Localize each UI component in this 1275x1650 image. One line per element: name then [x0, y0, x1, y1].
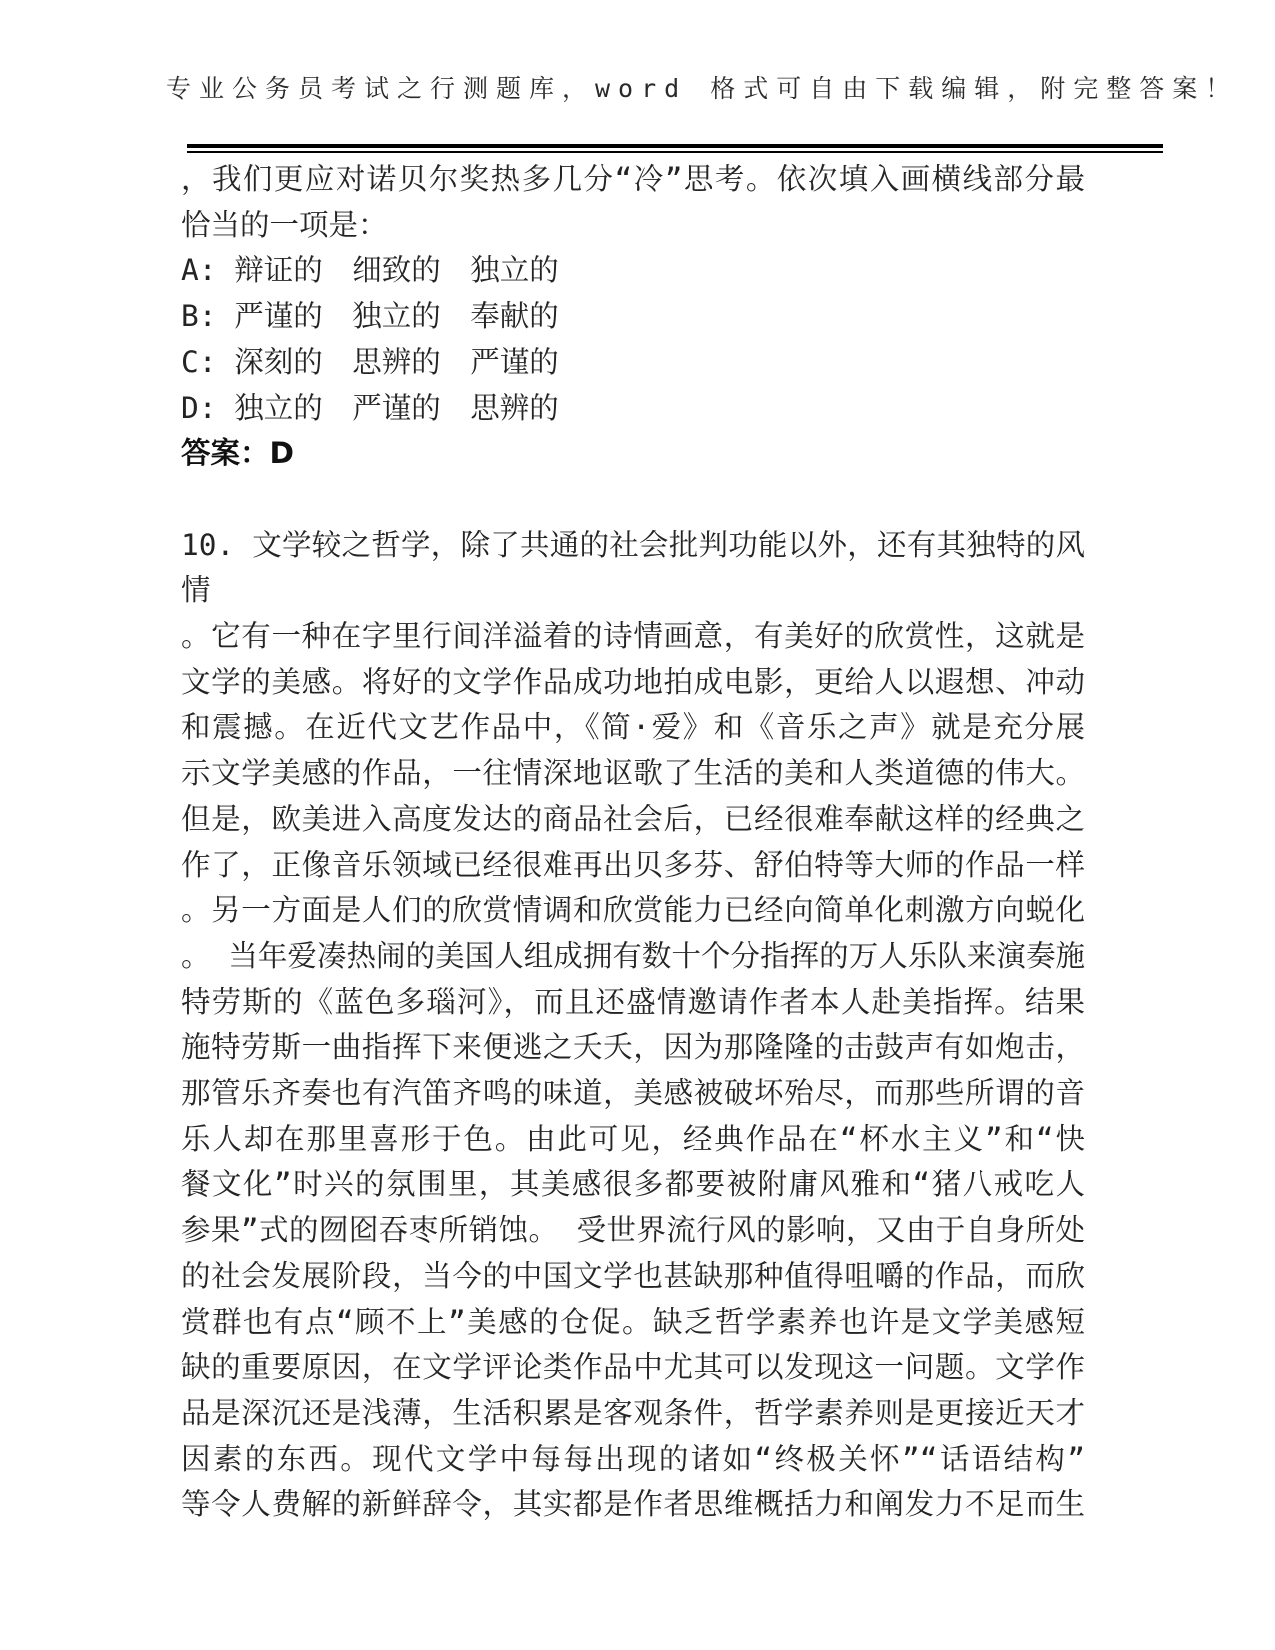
paragraph-line: 特劳斯的《蓝色多瑙河》，而且还盛情邀请作者本人赴美指挥。结果 [181, 980, 1085, 1026]
paragraph-line: 作了，正像音乐领域已经很难再出贝多芬、舒伯特等大师的作品一样 [181, 843, 1085, 889]
option-b: B: 严谨的 独立的 奉献的 [181, 294, 1085, 340]
option-d: D: 独立的 严谨的 思辨的 [181, 386, 1085, 432]
header-rule [187, 144, 1163, 153]
paragraph-line: 文学的美感。将好的文学作品成功地拍成电影，更给人以遐想、冲动 [181, 660, 1085, 706]
paragraph-line: 赏群也有点“顾不上”美感的仓促。缺乏哲学素养也许是文学美感短 [181, 1300, 1085, 1346]
page-header: 专业公务员考试之行测题库，word 格式可自由下载编辑，附完整答案！ [166, 72, 1238, 106]
paragraph-line: 的社会发展阶段，当今的中国文学也甚缺那种值得咀嚼的作品，而欣 [181, 1254, 1085, 1300]
paragraph-line: 示文学美感的作品，一往情深地讴歌了生活的美和人类道德的伟大。 [181, 751, 1085, 797]
paragraph-line: 和震撼。在近代文艺作品中，《简·爱》和《音乐之声》就是充分展 [181, 705, 1085, 751]
paragraph-line: 参果”式的囫囵吞枣所销蚀。 受世界流行风的影响，又由于自身所处 [181, 1208, 1085, 1254]
paragraph-line: 但是，欧美进入高度发达的商品社会后，已经很难奉献这样的经典之 [181, 797, 1085, 843]
paragraph-line: 乐人却在那里喜形于色。由此可见，经典作品在“杯水主义”和“快 [181, 1117, 1085, 1163]
question-10-paragraph: 10. 文学较之哲学，除了共通的社会批判功能以外，还有其独特的风情。它有一种在字… [181, 523, 1085, 1528]
paragraph-line: 缺的重要原因，在文学评论类作品中尤其可以发现这一问题。文学作 [181, 1345, 1085, 1391]
paragraph-line: 品是深沉还是浅薄，生活积累是客观条件，哲学素养则是更接近天才 [181, 1391, 1085, 1437]
option-a: A: 辩证的 细致的 独立的 [181, 248, 1085, 294]
answer-line: 答案：D [181, 431, 1085, 477]
document-body: ，我们更应对诺贝尔奖热多几分“冷”思考。依次填入画横线部分最 恰当的一项是： A… [181, 157, 1085, 1528]
paragraph-line: 等令人费解的新鲜辞令，其实都是作者思维概括力和阐发力不足而生 [181, 1482, 1085, 1528]
blank-line [181, 477, 1085, 523]
paragraph-line: 因素的东西。现代文学中每每出现的诸如“终极关怀”“话语结构” [181, 1437, 1085, 1483]
paragraph-line: 餐文化”时兴的氛围里，其美感很多都要被附庸风雅和“猪八戒吃人 [181, 1162, 1085, 1208]
paragraph-line: 那管乐齐奏也有汽笛齐鸣的味道，美感被破坏殆尽，而那些所谓的音 [181, 1071, 1085, 1117]
paragraph-line: 。另一方面是人们的欣赏情调和欣赏能力已经向简单化刺激方向蜕化 [181, 888, 1085, 934]
paragraph-line: 。 当年爱凑热闹的美国人组成拥有数十个分指挥的万人乐队来演奏施 [181, 934, 1085, 980]
option-c: C: 深刻的 思辨的 严谨的 [181, 340, 1085, 386]
header-text: 专业公务员考试之行测题库，word 格式可自由下载编辑，附完整答案！ [166, 74, 1238, 103]
question-stem-line-2: 恰当的一项是： [181, 203, 1085, 249]
paragraph-line: 10. 文学较之哲学，除了共通的社会批判功能以外，还有其独特的风情 [181, 523, 1085, 614]
question-stem-line-1: ，我们更应对诺贝尔奖热多几分“冷”思考。依次填入画横线部分最 [181, 157, 1085, 203]
document-page: 专业公务员考试之行测题库，word 格式可自由下载编辑，附完整答案！ ，我们更应… [0, 0, 1275, 1650]
paragraph-line: 。它有一种在字里行间洋溢着的诗情画意，有美好的欣赏性，这就是 [181, 614, 1085, 660]
paragraph-line: 施特劳斯一曲指挥下来便逃之夭夭，因为那隆隆的击鼓声有如炮击， [181, 1025, 1085, 1071]
